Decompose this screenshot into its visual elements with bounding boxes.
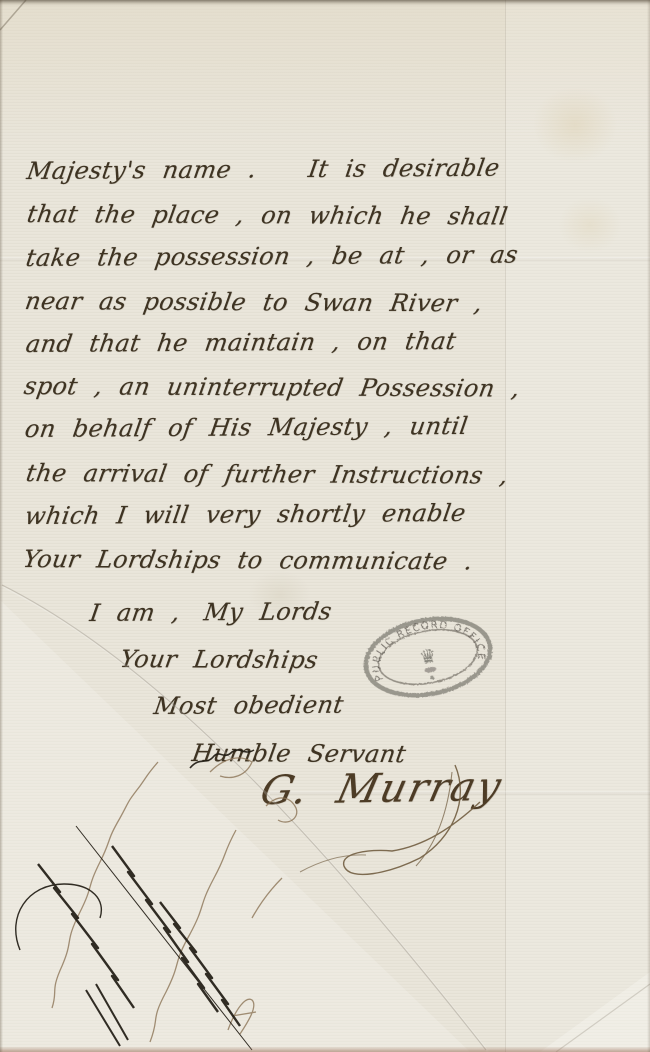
closing-line: Your Lordships xyxy=(118,645,320,674)
stamp-inner-ring xyxy=(374,622,482,692)
closing-line: I am ,My Lords xyxy=(88,597,334,627)
stamp-emblem-base xyxy=(424,666,437,673)
scan-edge-left xyxy=(0,0,3,1052)
manuscript-line: near as possible to Swan River , xyxy=(23,287,485,317)
scan-edge-top xyxy=(0,0,650,6)
manuscript-line: and that he maintain , on that xyxy=(24,327,458,358)
stamp-text: PUBLIC RECORD OFFICE xyxy=(364,610,488,683)
manuscript-line: Your Lordships to communicate . xyxy=(21,545,475,575)
vertical-fold-line xyxy=(505,0,650,1052)
manuscript-line: Majesty's name .It is desirable xyxy=(25,154,502,185)
manuscript-line-segment: It is desirable xyxy=(306,154,501,183)
paper-stain xyxy=(515,70,635,180)
manuscript-line: the arrival of further Instructions , xyxy=(24,459,510,490)
manuscript-line: take the possession , be at , or as xyxy=(24,241,520,272)
corner-cut-line xyxy=(0,0,26,30)
manuscript-line-segment: Majesty's name . xyxy=(25,155,258,185)
scan-edge-bottom xyxy=(0,1047,650,1052)
paper-stain xyxy=(545,185,635,265)
stamp-outer-ring xyxy=(359,609,497,706)
closing-line: Most obedient xyxy=(152,691,346,720)
manuscript-line: which I will very shortly enable xyxy=(23,499,468,530)
closing-line-segment: I am , xyxy=(88,598,182,627)
stamp-bottom-mark xyxy=(430,675,435,680)
record-office-stamp: PUBLIC RECORD OFFICE ♛ xyxy=(346,595,510,719)
corner-crease xyxy=(556,984,650,1052)
crown-icon: ♛ xyxy=(418,645,439,670)
manuscript-line: that the place , on which he shall xyxy=(25,200,510,231)
signature-g-murray: G. Murray xyxy=(256,764,507,814)
manuscript-line: on behalf of His Majesty , until xyxy=(23,412,470,443)
closing-line-segment: My Lords xyxy=(202,597,334,626)
paper-tone-top xyxy=(0,0,650,150)
closing-line: Humble Servant xyxy=(190,739,408,768)
letter-page: Majesty's name .It is desirable that the… xyxy=(0,0,650,1052)
manuscript-line: spot , an uninterrupted Possession , xyxy=(22,372,522,403)
docket-scrawl-black xyxy=(16,750,254,1050)
